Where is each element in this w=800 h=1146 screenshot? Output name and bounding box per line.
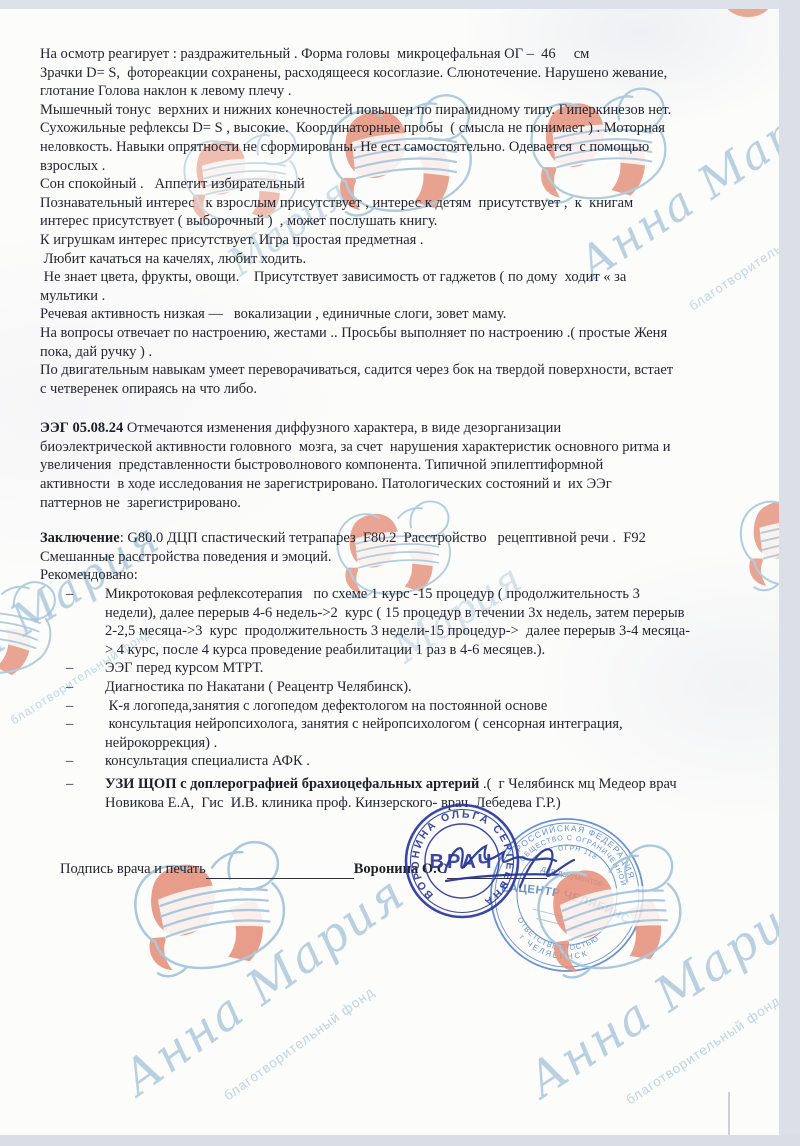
- dash-marker: –: [40, 678, 105, 697]
- svg-text:г ЧЕЛЯБИНСК: г ЧЕЛЯБИНСК: [515, 932, 591, 968]
- page-fold-line: [728, 1092, 730, 1135]
- recommendation-item: – К-я логопеда,занятия с логопедом дефек…: [40, 697, 743, 716]
- paragraph: К игрушкам интерес присутствует. Игра пр…: [40, 231, 743, 250]
- dash-marker: –: [40, 585, 105, 659]
- uzi-bold-lead: УЗИ ЩОП с доплерографией брахиоцефальных…: [105, 776, 479, 792]
- eeg-date-lead: ЭЭГ 05.08.24: [40, 420, 123, 436]
- signature-label: Подпись врача и печать: [60, 860, 206, 879]
- recommendation-text: Диагностика по Накатани ( Реацентр Челяб…: [105, 678, 743, 697]
- signature-line: [447, 864, 547, 879]
- scan-edge-right: [779, 0, 800, 1146]
- doctor-name: Воронина О.С: [354, 860, 448, 879]
- recommendation-item: – Диагностика по Накатани ( Реацентр Чел…: [40, 678, 743, 697]
- dash-marker: –: [40, 697, 105, 716]
- paragraph: Мышечный тонус верхних и нижних конечнос…: [40, 101, 743, 175]
- watermark-subtext: благотворительный фонд: [623, 993, 779, 1107]
- dash-marker: –: [40, 659, 105, 678]
- document-page: Анна Мария Мария Анна Мария Мария Анна М…: [0, 9, 779, 1135]
- watermark-script: Анна Мария: [515, 875, 779, 1110]
- recommendation-item: – Микротоковая рефлексотерапия по схеме …: [40, 585, 743, 659]
- paragraph: Любит качаться на качелях, любит ходить.: [40, 250, 743, 269]
- recommendation-text: Микротоковая рефлексотерапия по схеме 1 …: [105, 585, 743, 659]
- watermark-script: Анна Мария: [110, 865, 416, 1109]
- eeg-paragraph: ЭЭГ 05.08.24 Отмечаются изменения диффуз…: [40, 419, 743, 512]
- paragraph: Не знает цвета, фрукты, овощи. Присутств…: [40, 268, 743, 305]
- signature-row: Подпись врача и печать Воронина О.С: [60, 860, 743, 879]
- recommendation-text: К-я логопеда,занятия с логопедом дефекто…: [105, 697, 743, 716]
- scan-edge-bottom: [0, 1135, 800, 1146]
- recommendation-text: консультация нейропсихолога, занятия с н…: [105, 715, 743, 752]
- recommendation-item: – ЭЭГ перед курсом МТРТ.: [40, 659, 743, 678]
- dash-marker: –: [40, 715, 105, 752]
- paragraph: По двигательным навыкам умеет переворачи…: [40, 361, 743, 398]
- svg-text:ОТВЕТСТВЕННОСТЬЮ: ОТВЕТСТВЕННОСТЬЮ: [511, 914, 602, 961]
- paragraph: Сон спокойный . Аппетит избирательный: [40, 175, 743, 194]
- paragraph: Речевая активность низкая — вокализации …: [40, 305, 743, 324]
- stamp-ring-text: ОТВЕТСТВЕННОСТЬЮ: [511, 914, 602, 961]
- signature-line: [206, 864, 354, 879]
- stamp-ring-text: г ЧЕЛЯБИНСК: [515, 932, 591, 968]
- recommendation-text: ЭЭГ перед курсом МТРТ.: [105, 659, 743, 678]
- conclusion-lead: Заключение: [40, 530, 120, 546]
- recommendation-item: – консультация специалиста АФК .: [40, 752, 743, 771]
- recommended-label: Рекомендовано:: [40, 566, 743, 585]
- dash-marker: –: [40, 775, 105, 812]
- dash-marker: –: [40, 752, 105, 771]
- paragraph: На вопросы отвечает по настроению, жеста…: [40, 324, 743, 361]
- scan-edge-top: [0, 0, 800, 9]
- recommendation-text: УЗИ ЩОП с доплерографией брахиоцефальных…: [105, 775, 743, 812]
- stamp-fine-lines: [531, 909, 591, 931]
- watermark-subtext: благотворительный фонд: [221, 984, 377, 1103]
- recommendation-item: – консультация нейропсихолога, занятия с…: [40, 715, 743, 752]
- conclusion-text: : G80.0 ДЦП спастический тетрапарез F80.…: [40, 530, 646, 565]
- paragraph: На осмотр реагирует : раздражительный . …: [40, 45, 743, 64]
- paragraph: Познавательный интерес к взрослым присут…: [40, 194, 743, 231]
- eeg-text: Отмечаются изменения диффузного характер…: [40, 420, 670, 510]
- report-body: На осмотр реагирует : раздражительный . …: [0, 9, 779, 879]
- paragraph: Зрачки D= S, фотореакции сохранены, расх…: [40, 64, 743, 101]
- recommendation-text: консультация специалиста АФК .: [105, 752, 743, 771]
- conclusion-paragraph: Заключение: G80.0 ДЦП спастический тетра…: [40, 529, 743, 566]
- recommendation-item: – УЗИ ЩОП с доплерографией брахиоцефальн…: [40, 775, 743, 812]
